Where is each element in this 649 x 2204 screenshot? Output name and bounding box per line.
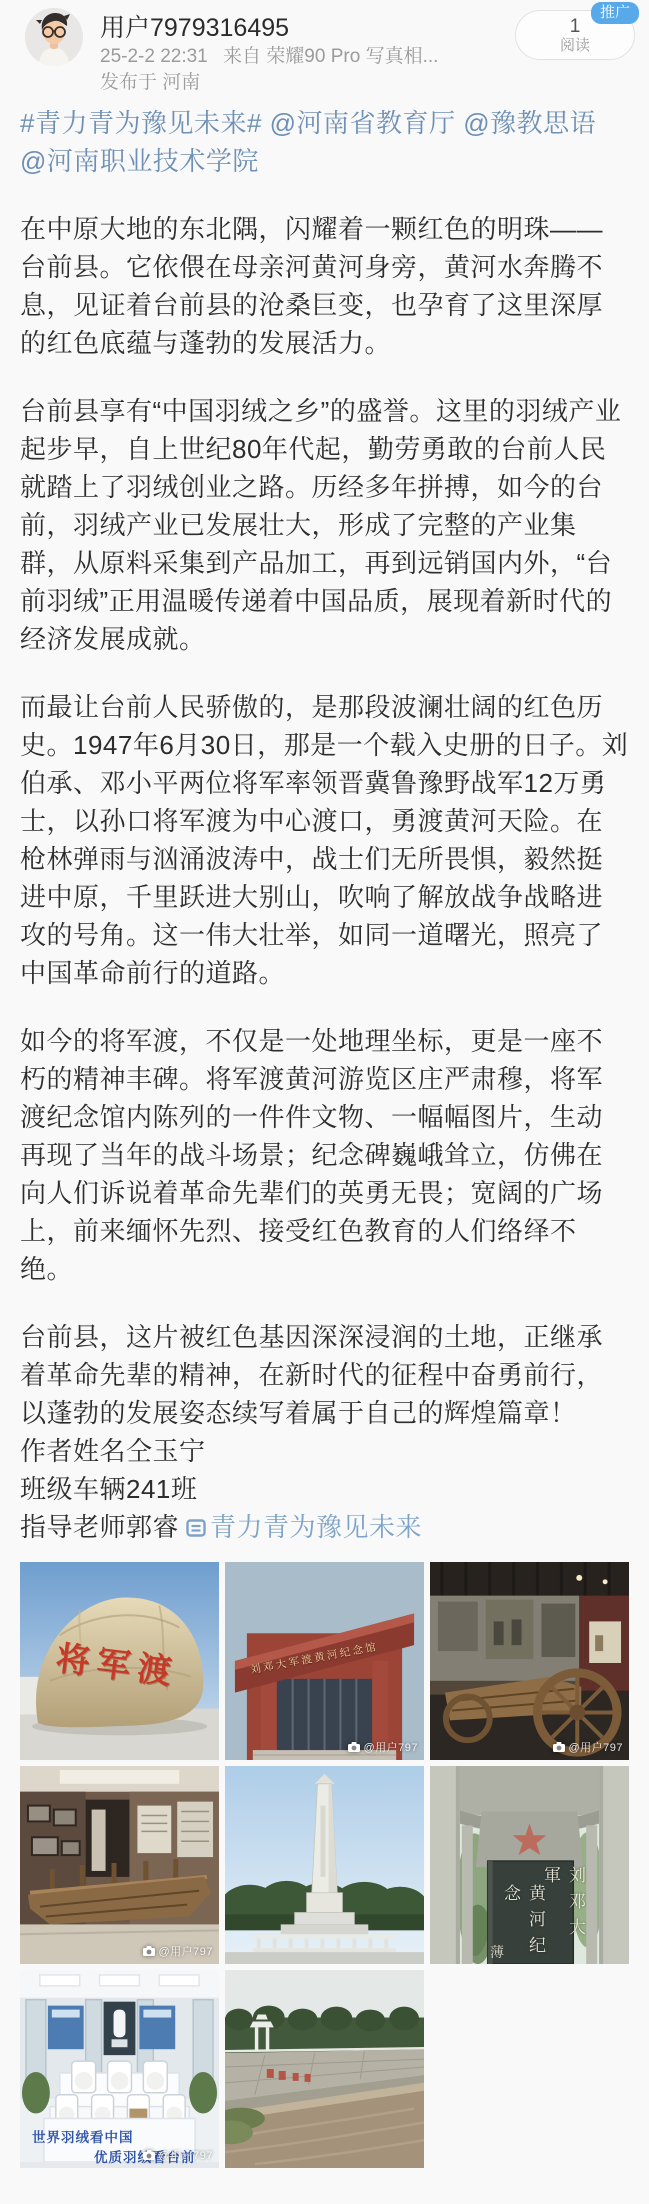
- topic-link-label: 青力青为豫见未来: [210, 1508, 422, 1546]
- stele-text-partial: 薄: [490, 1942, 504, 1962]
- photo-museum-boat-exhibit[interactable]: @用户797: [20, 1766, 219, 1964]
- post-source: 来自 荣耀90 Pro 写真相...: [223, 46, 438, 67]
- photo-watermark: @用户797: [553, 1739, 623, 1755]
- photo-museum-cart-exhibit[interactable]: @用户797: [430, 1562, 629, 1760]
- hashtag-mentions-link[interactable]: #青力青为豫见未来# @河南省教育厅 @豫教思语 @河南职业技术学院: [20, 104, 629, 180]
- teacher-line: 指导老师郭睿 青力青为豫见未来: [20, 1508, 629, 1546]
- paragraph: 而最让台前人民骄傲的，是那段波澜壮阔的红色历史。1947年6月30日，那是一个载…: [20, 688, 629, 992]
- avatar-illustration: [25, 8, 83, 66]
- weibo-post-card: 用户7979316495 25-2-2 22:31 来自 荣耀90 Pro 写真…: [0, 0, 649, 2204]
- photo-watermark: @用户797: [143, 1943, 213, 1959]
- class-line: 班级车辆241班: [20, 1470, 629, 1508]
- photo-memorial-obelisk[interactable]: [225, 1766, 424, 1964]
- paragraph: 在中原大地的东北隅，闪耀着一颗红色的明珠——台前县。它依偎在母亲河黄河身旁，黄河…: [20, 210, 629, 362]
- stele-text-left: 黄河纪念: [498, 1884, 548, 1964]
- showroom-slogan-line1: 世界羽绒看中国: [32, 2126, 134, 2146]
- camera-icon: [348, 1742, 360, 1752]
- post-header: 用户7979316495 25-2-2 22:31 来自 荣耀90 Pro 写真…: [0, 0, 649, 98]
- photo-grid: 将军渡 刘邓大军渡黄河纪念馆: [0, 1546, 649, 2204]
- promo-badge: 推广: [591, 2, 639, 24]
- topic-link[interactable]: 青力青为豫见未来: [179, 1508, 422, 1546]
- post-body: #青力青为豫见未来# @河南省教育厅 @豫教思语 @河南职业技术学院 在中原大地…: [0, 98, 649, 1546]
- photo-watermark: @用户797: [348, 1739, 418, 1755]
- photo-watermark: @用户797: [143, 2147, 213, 2163]
- camera-icon: [553, 1742, 565, 1752]
- photo-stele-pavilion[interactable]: 刘邓大軍 黄河纪念 薄: [430, 1766, 629, 1964]
- user-avatar[interactable]: [25, 8, 83, 66]
- publish-location: 发布于 河南: [100, 70, 635, 96]
- photo-down-showroom[interactable]: 世界羽绒看中国 优质羽绒看台前 @用户797: [20, 1970, 219, 2168]
- reads-count: 1: [570, 16, 581, 37]
- author-name-line: 作者姓名仝玉宁: [20, 1432, 629, 1470]
- camera-icon: [143, 1946, 155, 1956]
- paragraph: 如今的将军渡，不仅是一处地理坐标，更是一座不朽的精神丰碑。将军渡黄河游览区庄严肃…: [20, 1022, 629, 1288]
- paragraph: 台前县享有“中国羽绒之乡”的盛誉。这里的羽绒产业起步早，自上世纪80年代起，勤劳…: [20, 392, 629, 658]
- reads-counter: 1 阅读 推广: [515, 10, 635, 60]
- photo-yellow-river-bank[interactable]: [225, 1970, 424, 2168]
- photo-memorial-hall-entrance[interactable]: 刘邓大军渡黄河纪念馆 @用户797: [225, 1562, 424, 1760]
- obelisk-illustration: [225, 1766, 424, 1964]
- reads-label: 阅读: [560, 37, 590, 55]
- topic-icon: [185, 1517, 207, 1539]
- camera-icon: [143, 2150, 155, 2160]
- museum-boat-illustration: [20, 1766, 219, 1964]
- paragraph: 台前县，这片被红色基因深深浸润的土地，正继承着革命先辈的精神，在新时代的征程中奋…: [20, 1318, 629, 1432]
- timestamp: 25-2-2 22:31: [100, 46, 208, 67]
- museum-cart-illustration: [430, 1562, 629, 1760]
- river-illustration: [225, 1970, 424, 2168]
- photo-jiangjundu-rock[interactable]: 将军渡: [20, 1562, 219, 1760]
- teacher-label: 指导老师郭睿: [20, 1508, 179, 1546]
